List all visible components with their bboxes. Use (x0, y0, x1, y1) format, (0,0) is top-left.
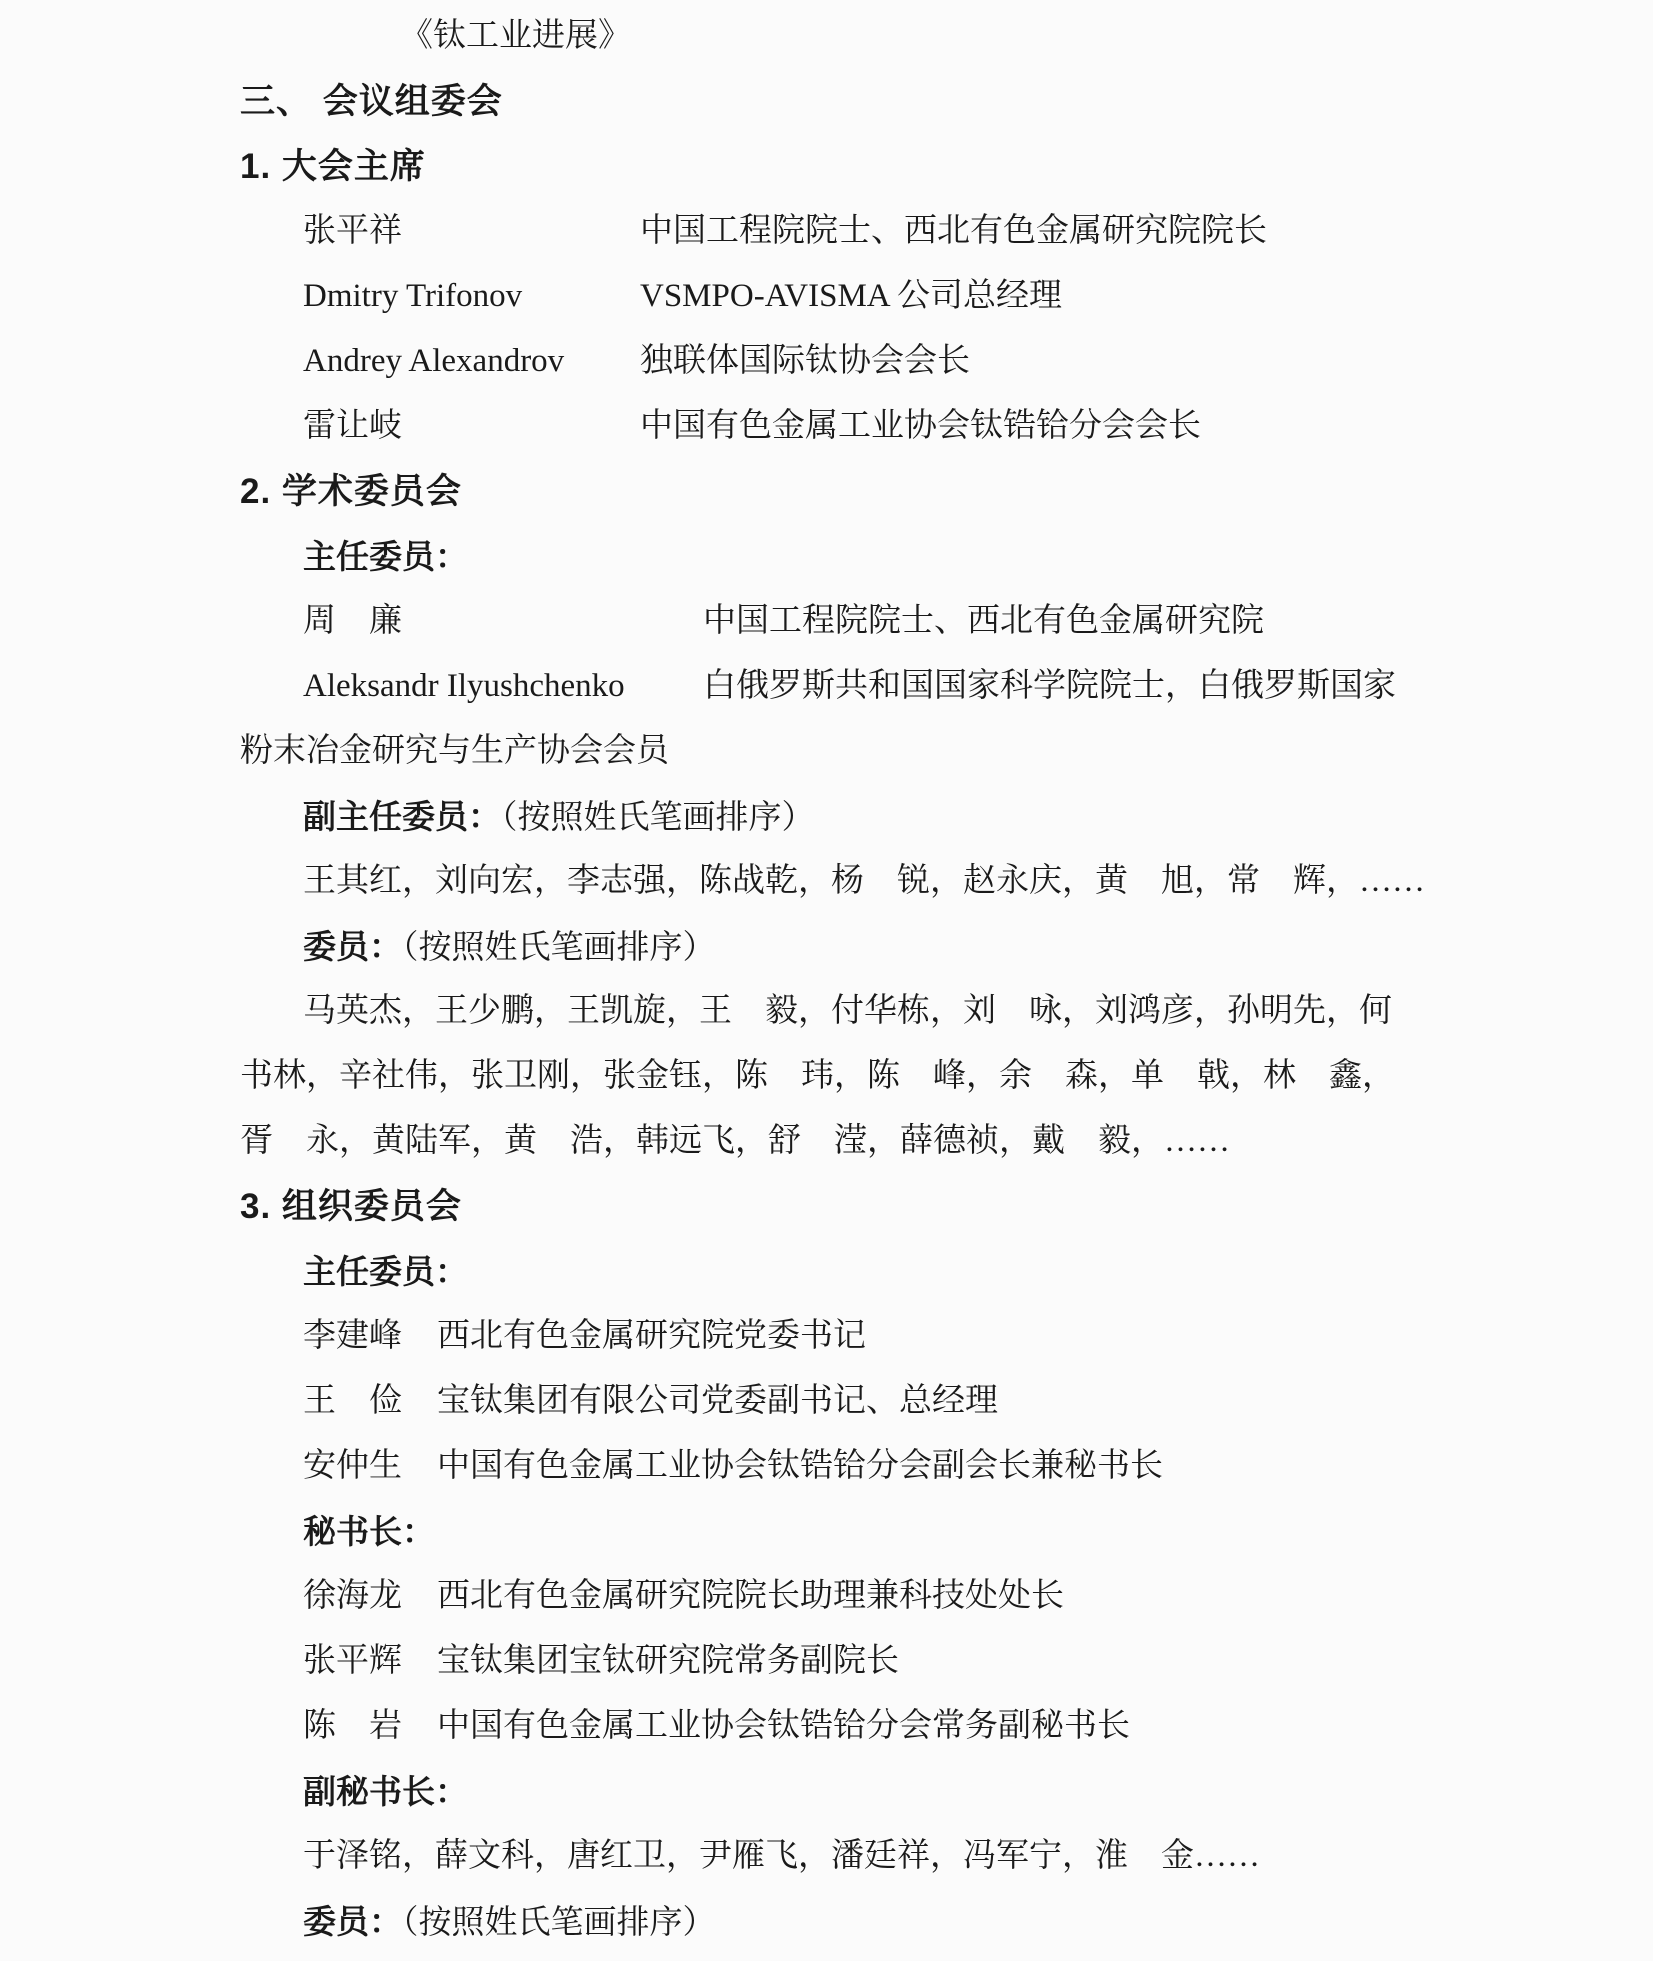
academic-director-label: 主任委员： (240, 524, 1653, 589)
member-name: 张平辉 (303, 1629, 437, 1694)
chairman-row: 雷让岐 中国有色金属工业协会钛锆铪分会会长 (240, 394, 1653, 459)
member-name: Andrey Alexandrov (303, 329, 640, 394)
member-name: Dmitry Trifonov (303, 264, 640, 329)
sort-order-note: （按照姓氏笔画排序） (402, 930, 716, 966)
member-name: 安仲生 (303, 1434, 437, 1499)
committee-label: 主任委员： (303, 538, 468, 575)
academic-members-list-line: 胥 永，黄陆军，黄 浩，韩远飞，舒 滢，薛德祯，戴 毅，…… (240, 1109, 1653, 1174)
member-title: 宝钛集团有限公司党委副书记、总经理 (437, 1369, 998, 1434)
sort-order-note: （按照姓氏笔画排序） (501, 800, 815, 836)
academic-director-row: Aleksandr Ilyushchenko 白俄罗斯共和国国家科学院院士，白俄… (240, 654, 1653, 719)
member-title: 宝钛集团宝钛研究院常务副院长 (437, 1629, 899, 1694)
academic-deputy-directors-list: 王其红，刘向宏，李志强，陈战乾，杨 锐，赵永庆，黄 旭，常 辉，…… (240, 849, 1653, 914)
secretary-row: 陈 岩 中国有色金属工业协会钛锆铪分会常务副秘书长 (240, 1694, 1653, 1759)
journal-title: 《钛工业进展》 (240, 4, 1653, 69)
academic-member-label-line: 委员：（按照姓氏笔画排序） (240, 914, 1653, 979)
member-name: Aleksandr Ilyushchenko (303, 654, 703, 719)
committee-label: 主任委员： (303, 1253, 468, 1290)
committee-label: 委员： (303, 1903, 402, 1940)
section-heading: 三、 会议组委会 (240, 69, 1653, 134)
member-name: 徐海龙 (303, 1564, 437, 1629)
committee-label: 副主任委员： (303, 798, 501, 835)
organizing-director-label: 主任委员： (240, 1239, 1653, 1304)
academic-director-row: 周 廉 中国工程院院士、西北有色金属研究院 (240, 589, 1653, 654)
academic-director-title-continuation: 粉末冶金研究与生产协会会员 (240, 719, 1653, 784)
member-name: 周 廉 (303, 589, 703, 654)
organizing-director-row: 王 俭 宝钛集团有限公司党委副书记、总经理 (240, 1369, 1653, 1434)
document-page: 《钛工业进展》 三、 会议组委会 1. 大会主席 张平祥 中国工程院院士、西北有… (0, 0, 1653, 1961)
member-name: 李建峰 (303, 1304, 437, 1369)
chairman-heading: 1. 大会主席 (240, 134, 1653, 199)
academic-deputy-director-label-line: 副主任委员：（按照姓氏笔画排序） (240, 784, 1653, 849)
member-title: 中国工程院院士、西北有色金属研究院院长 (640, 199, 1267, 264)
member-title: 中国有色金属工业协会钛锆铪分会副会长兼秘书长 (437, 1434, 1163, 1499)
member-title: 中国有色金属工业协会钛锆铪分会常务副秘书长 (437, 1694, 1130, 1759)
deputy-secretaries-list: 于泽铭，薛文科，唐红卫，尹雁飞，潘廷祥，冯军宁，淮 金…… (240, 1824, 1653, 1889)
committee-label: 委员： (303, 928, 402, 965)
secretary-general-label: 秘书长： (240, 1499, 1653, 1564)
member-title: 中国工程院院士、西北有色金属研究院 (703, 589, 1264, 654)
chairman-row: 张平祥 中国工程院院士、西北有色金属研究院院长 (240, 199, 1653, 264)
sort-order-note: （按照姓氏笔画排序） (402, 1905, 716, 1941)
member-name: 王 俭 (303, 1369, 437, 1434)
committee-label: 副秘书长： (303, 1773, 468, 1810)
member-title: VSMPO-AVISMA 公司总经理 (640, 264, 1062, 329)
organizing-director-row: 李建峰 西北有色金属研究院党委书记 (240, 1304, 1653, 1369)
member-title: 西北有色金属研究院党委书记 (437, 1304, 866, 1369)
member-title: 白俄罗斯共和国国家科学院院士，白俄罗斯国家 (703, 654, 1396, 719)
member-title: 西北有色金属研究院院长助理兼科技处处长 (437, 1564, 1064, 1629)
member-title: 中国有色金属工业协会钛锆铪分会会长 (640, 394, 1201, 459)
member-name: 张平祥 (303, 199, 640, 264)
chairman-row: Dmitry Trifonov VSMPO-AVISMA 公司总经理 (240, 264, 1653, 329)
member-name: 雷让岐 (303, 394, 640, 459)
member-title: 独联体国际钛协会会长 (640, 329, 970, 394)
organizing-director-row: 安仲生 中国有色金属工业协会钛锆铪分会副会长兼秘书长 (240, 1434, 1653, 1499)
chairman-row: Andrey Alexandrov 独联体国际钛协会会长 (240, 329, 1653, 394)
deputy-secretary-general-label: 副秘书长： (240, 1759, 1653, 1824)
member-name: 陈 岩 (303, 1694, 437, 1759)
academic-members-list-line: 书林，辛社伟，张卫刚，张金钰，陈 玮，陈 峰，余 森，单 戟，林 鑫， (240, 1044, 1653, 1109)
academic-members-list-line: 马英杰，王少鹏，王凯旋，王 毅，付华栋，刘 咏，刘鸿彦，孙明先，何 (240, 979, 1653, 1044)
organizing-member-label-line: 委员：（按照姓氏笔画排序） (240, 1889, 1653, 1954)
secretary-row: 张平辉 宝钛集团宝钛研究院常务副院长 (240, 1629, 1653, 1694)
secretary-row: 徐海龙 西北有色金属研究院院长助理兼科技处处长 (240, 1564, 1653, 1629)
committee-label: 秘书长： (303, 1513, 435, 1550)
academic-committee-heading: 2. 学术委员会 (240, 459, 1653, 524)
organizing-committee-heading: 3. 组织委员会 (240, 1174, 1653, 1239)
